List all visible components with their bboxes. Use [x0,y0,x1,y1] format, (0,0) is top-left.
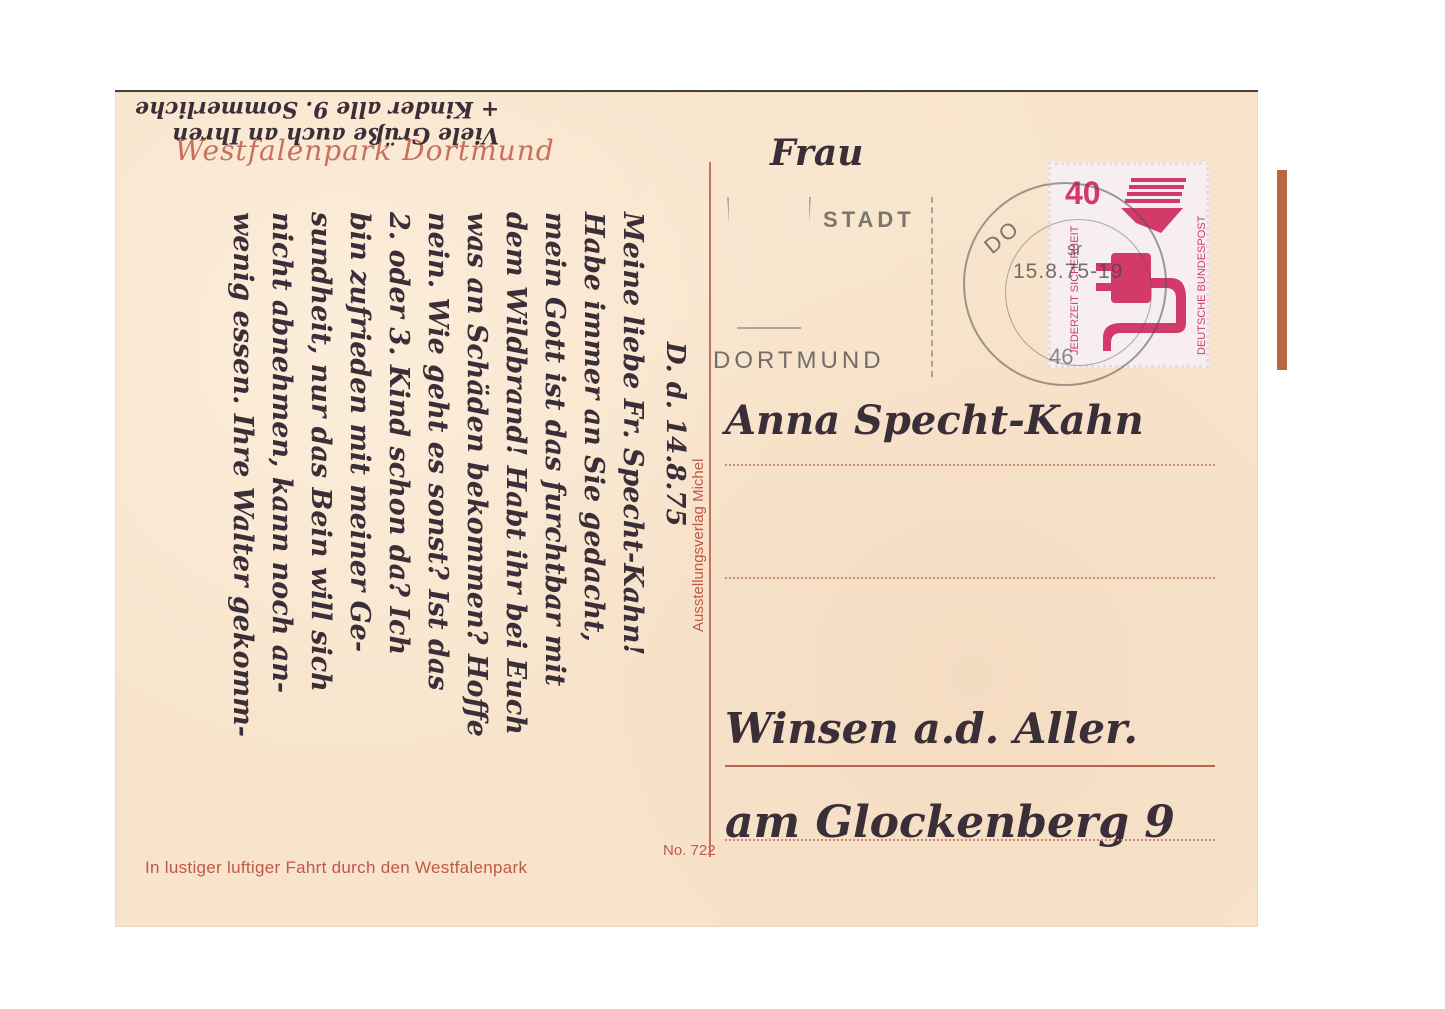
message-date: D. d. 14.8.75 [660,342,690,527]
center-divider [709,162,711,857]
message-line: nicht abnehmen, kann noch an- [266,212,297,693]
cancel-slogan: STADT [823,207,915,233]
top-margin-line: + Kinder alle 9. Sommerliche [135,96,499,122]
card-number: No. 722 [663,842,716,859]
message-line: sundheit, nur das Bein will sich [305,212,336,692]
postmark-code: sr [1067,239,1082,260]
message-line: dem Wildbrand! Habt ihr bei Euch [500,212,531,735]
cancel-city: DORTMUND [713,347,885,375]
message-line: Meine liebe Fr. Specht-Kahn! [617,212,648,655]
top-margin-note: Viele Grüße auch an Ihren + Kinder alle … [135,96,499,148]
postcard: Westfalenpark Dortmund In lustiger lufti… [115,90,1258,927]
message-line: nein. Wie geht es sonst? Ist das [422,212,453,691]
message-line: 2. oder 3. Kind schon da? Ich [383,212,414,655]
message-line: Habe immer an Sie gedacht, [578,212,609,642]
postmark-postal-prefix: 46 [1049,344,1073,370]
address-line-underlined [725,765,1215,767]
date-postmark: DO sr 15.8.75-19 46 [963,182,1167,386]
address-salutation: Frau [770,132,863,174]
address-line [725,839,1215,841]
publisher-imprint: Ausstellungsverlag Michel [690,459,707,632]
stamp-country: DEUTSCHE BUNDESPOST [1196,216,1208,355]
machine-cancel: STADT DORTMUND [713,197,933,377]
message-line: wenig essen. Ihre Walter gekomm- [227,212,258,737]
address-line [725,577,1215,579]
message-line: bin zufrieden mit meiner Ge- [344,212,375,652]
message-line: was an Schäden bekommen? Hoffe [461,212,492,737]
glass-icon [727,197,811,329]
message-line: mein Gott ist das furchtbar mit [539,212,570,686]
postmark-date: 15.8.75-19 [1013,260,1123,284]
card-caption: In lustiger luftiger Fahrt durch den Wes… [145,858,527,878]
address-name: Anna Specht-Kahn [725,397,1144,444]
address-line [725,464,1215,466]
address-city: Winsen a.d. Aller. [725,704,1138,753]
stamp-perforation-strip [1277,170,1287,370]
top-margin-line: Viele Grüße auch an Ihren [135,122,499,148]
